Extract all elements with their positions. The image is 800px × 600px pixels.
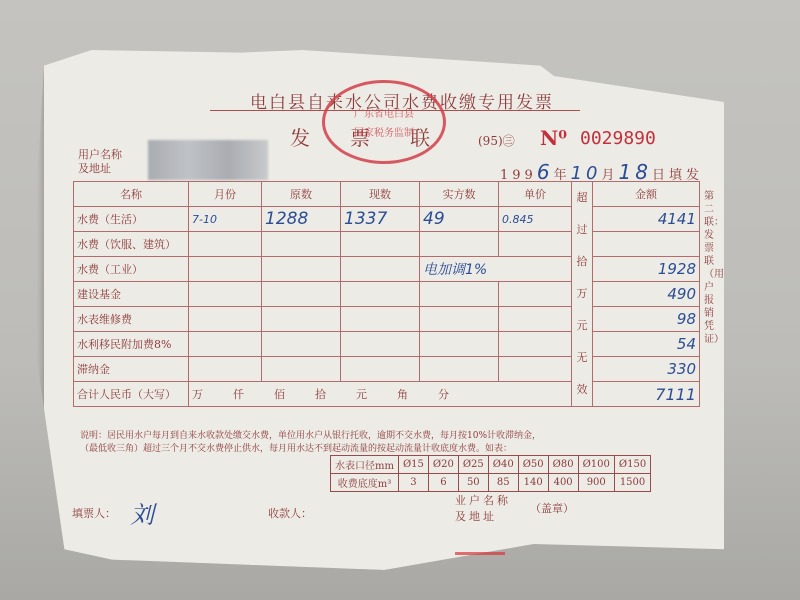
receiver-label: 收款人：: [268, 505, 312, 521]
series-code: (95)㊂: [478, 132, 515, 149]
red-seal-mark: [455, 530, 505, 555]
instructions: 说明：居民用水户每月到自来水收款处缴交水费，单位用水户从银行托收，逾期不交水费，…: [80, 430, 720, 456]
table-row: 水费（工业） 电加调1% 1928: [74, 257, 700, 282]
total-row: 合计人民币（大写） 万仟佰拾元角分 7111: [74, 382, 700, 407]
table-row: 建设基金 490: [74, 282, 700, 307]
filler-signature: 刘: [130, 495, 154, 530]
redacted-name: [148, 140, 268, 180]
filler-label: 填票人：: [72, 505, 116, 521]
tax-seal-stamp: 广东省电白县 国家税务监制: [322, 80, 446, 164]
meter-minimum-table: 水表口径mm Ø15Ø20Ø25Ø40Ø50Ø80Ø100Ø150 收费底度m³…: [330, 455, 651, 492]
table-row: 水表维修费 98: [74, 307, 700, 332]
table-row: 滞纳金 330: [74, 357, 700, 382]
user-name-label: 用户名称 及地址: [78, 148, 122, 176]
copy-side-note: 第二联：发票联（用户报销凭证）: [704, 190, 718, 346]
table-row: 水利移民附加费8% 54: [74, 332, 700, 357]
table-row: 水费（饮服、建筑）: [74, 232, 700, 257]
number-label: N⁰: [540, 126, 567, 150]
seal-label: （盖章）: [530, 500, 574, 516]
table-header: 名称 月份 原数 现数 实方数 单价 超过拾万元无效 金额: [74, 182, 700, 207]
business-label: 业户名称: [455, 492, 511, 508]
business-address-label: 及地址: [455, 508, 497, 524]
table-row: 水费（生活） 7-10 1288 1337 49 0.845 4141: [74, 207, 700, 232]
charges-table: 名称 月份 原数 现数 实方数 单价 超过拾万元无效 金额 水费（生活） 7-1…: [73, 181, 700, 407]
invoice-number: 0029890: [580, 128, 656, 149]
